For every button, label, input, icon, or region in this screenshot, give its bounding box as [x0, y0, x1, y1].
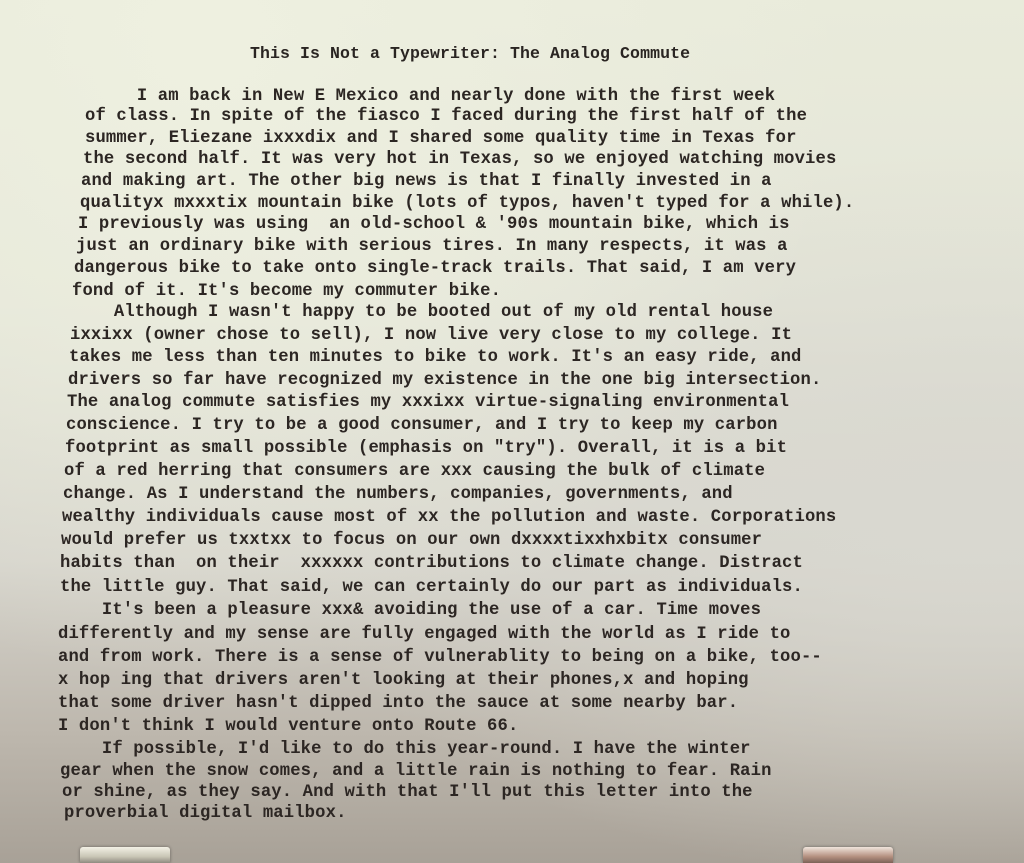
letter-line: of a red herring that consumers are xxx … [64, 462, 765, 482]
paper-bail-roller-right [803, 847, 893, 863]
letter-line: or shine, as they say. And with that I'l… [62, 783, 753, 803]
letter-line: of class. In spite of the fiasco I faced… [85, 107, 807, 127]
letter-line: that some driver hasn't dipped into the … [58, 694, 738, 714]
paper-bail-roller-left [80, 847, 170, 863]
letter-line: proverbial digital mailbox. [64, 804, 347, 824]
letter-line: I previously was using an old-school & '… [78, 215, 790, 235]
letter-line: fond of it. It's become my commuter bike… [72, 282, 501, 302]
letter-line: summer, Eliezane ixxxdix and I shared so… [85, 129, 797, 149]
letter-line: conscience. I try to be a good consumer,… [66, 416, 778, 436]
letter-line: just an ordinary bike with serious tires… [76, 237, 788, 257]
letter-line: footprint as small possible (emphasis on… [65, 439, 787, 459]
letter-line: habits than on their xxxxxx contribution… [60, 554, 803, 574]
letter-line: and from work. There is a sense of vulne… [58, 648, 822, 668]
letter-line: wealthy individuals cause most of xx the… [62, 508, 836, 528]
letter-line: takes me less than ten minutes to bike t… [69, 348, 802, 368]
letter-line: ixxixx (owner chose to sell), I now live… [70, 326, 792, 346]
letter-line: and making art. The other big news is th… [81, 172, 772, 192]
letter-line: the little guy. That said, we can certai… [60, 578, 803, 598]
letter-title: This Is Not a Typewriter: The Analog Com… [250, 44, 690, 63]
letter-line: the second half. It was very hot in Texa… [83, 150, 836, 170]
letter-line: I am back in New E Mexico and nearly don… [95, 87, 775, 107]
letter-line: If possible, I'd like to do this year-ro… [60, 740, 751, 760]
letter-line: gear when the snow comes, and a little r… [60, 762, 772, 782]
letter-line: drivers so far have recognized my existe… [68, 371, 821, 391]
letter-line: x hop ing that drivers aren't looking at… [58, 671, 749, 691]
letter-line: qualityx mxxxtix mountain bike (lots of … [80, 194, 854, 214]
letter-line: Although I wasn't happy to be booted out… [72, 303, 773, 323]
letter-line: differently and my sense are fully engag… [58, 625, 791, 645]
letter-line: I don't think I would venture onto Route… [58, 717, 518, 737]
letter-line: dangerous bike to take onto single-track… [74, 259, 796, 279]
letter-line: change. As I understand the numbers, com… [63, 485, 733, 505]
letter-line: would prefer us txxtxx to focus on our o… [61, 531, 762, 551]
typed-letter-page: This Is Not a Typewriter: The Analog Com… [0, 0, 1024, 863]
letter-line: The analog commute satisfies my xxxixx v… [67, 393, 789, 413]
letter-line: It's been a pleasure xxx& avoiding the u… [60, 601, 761, 621]
